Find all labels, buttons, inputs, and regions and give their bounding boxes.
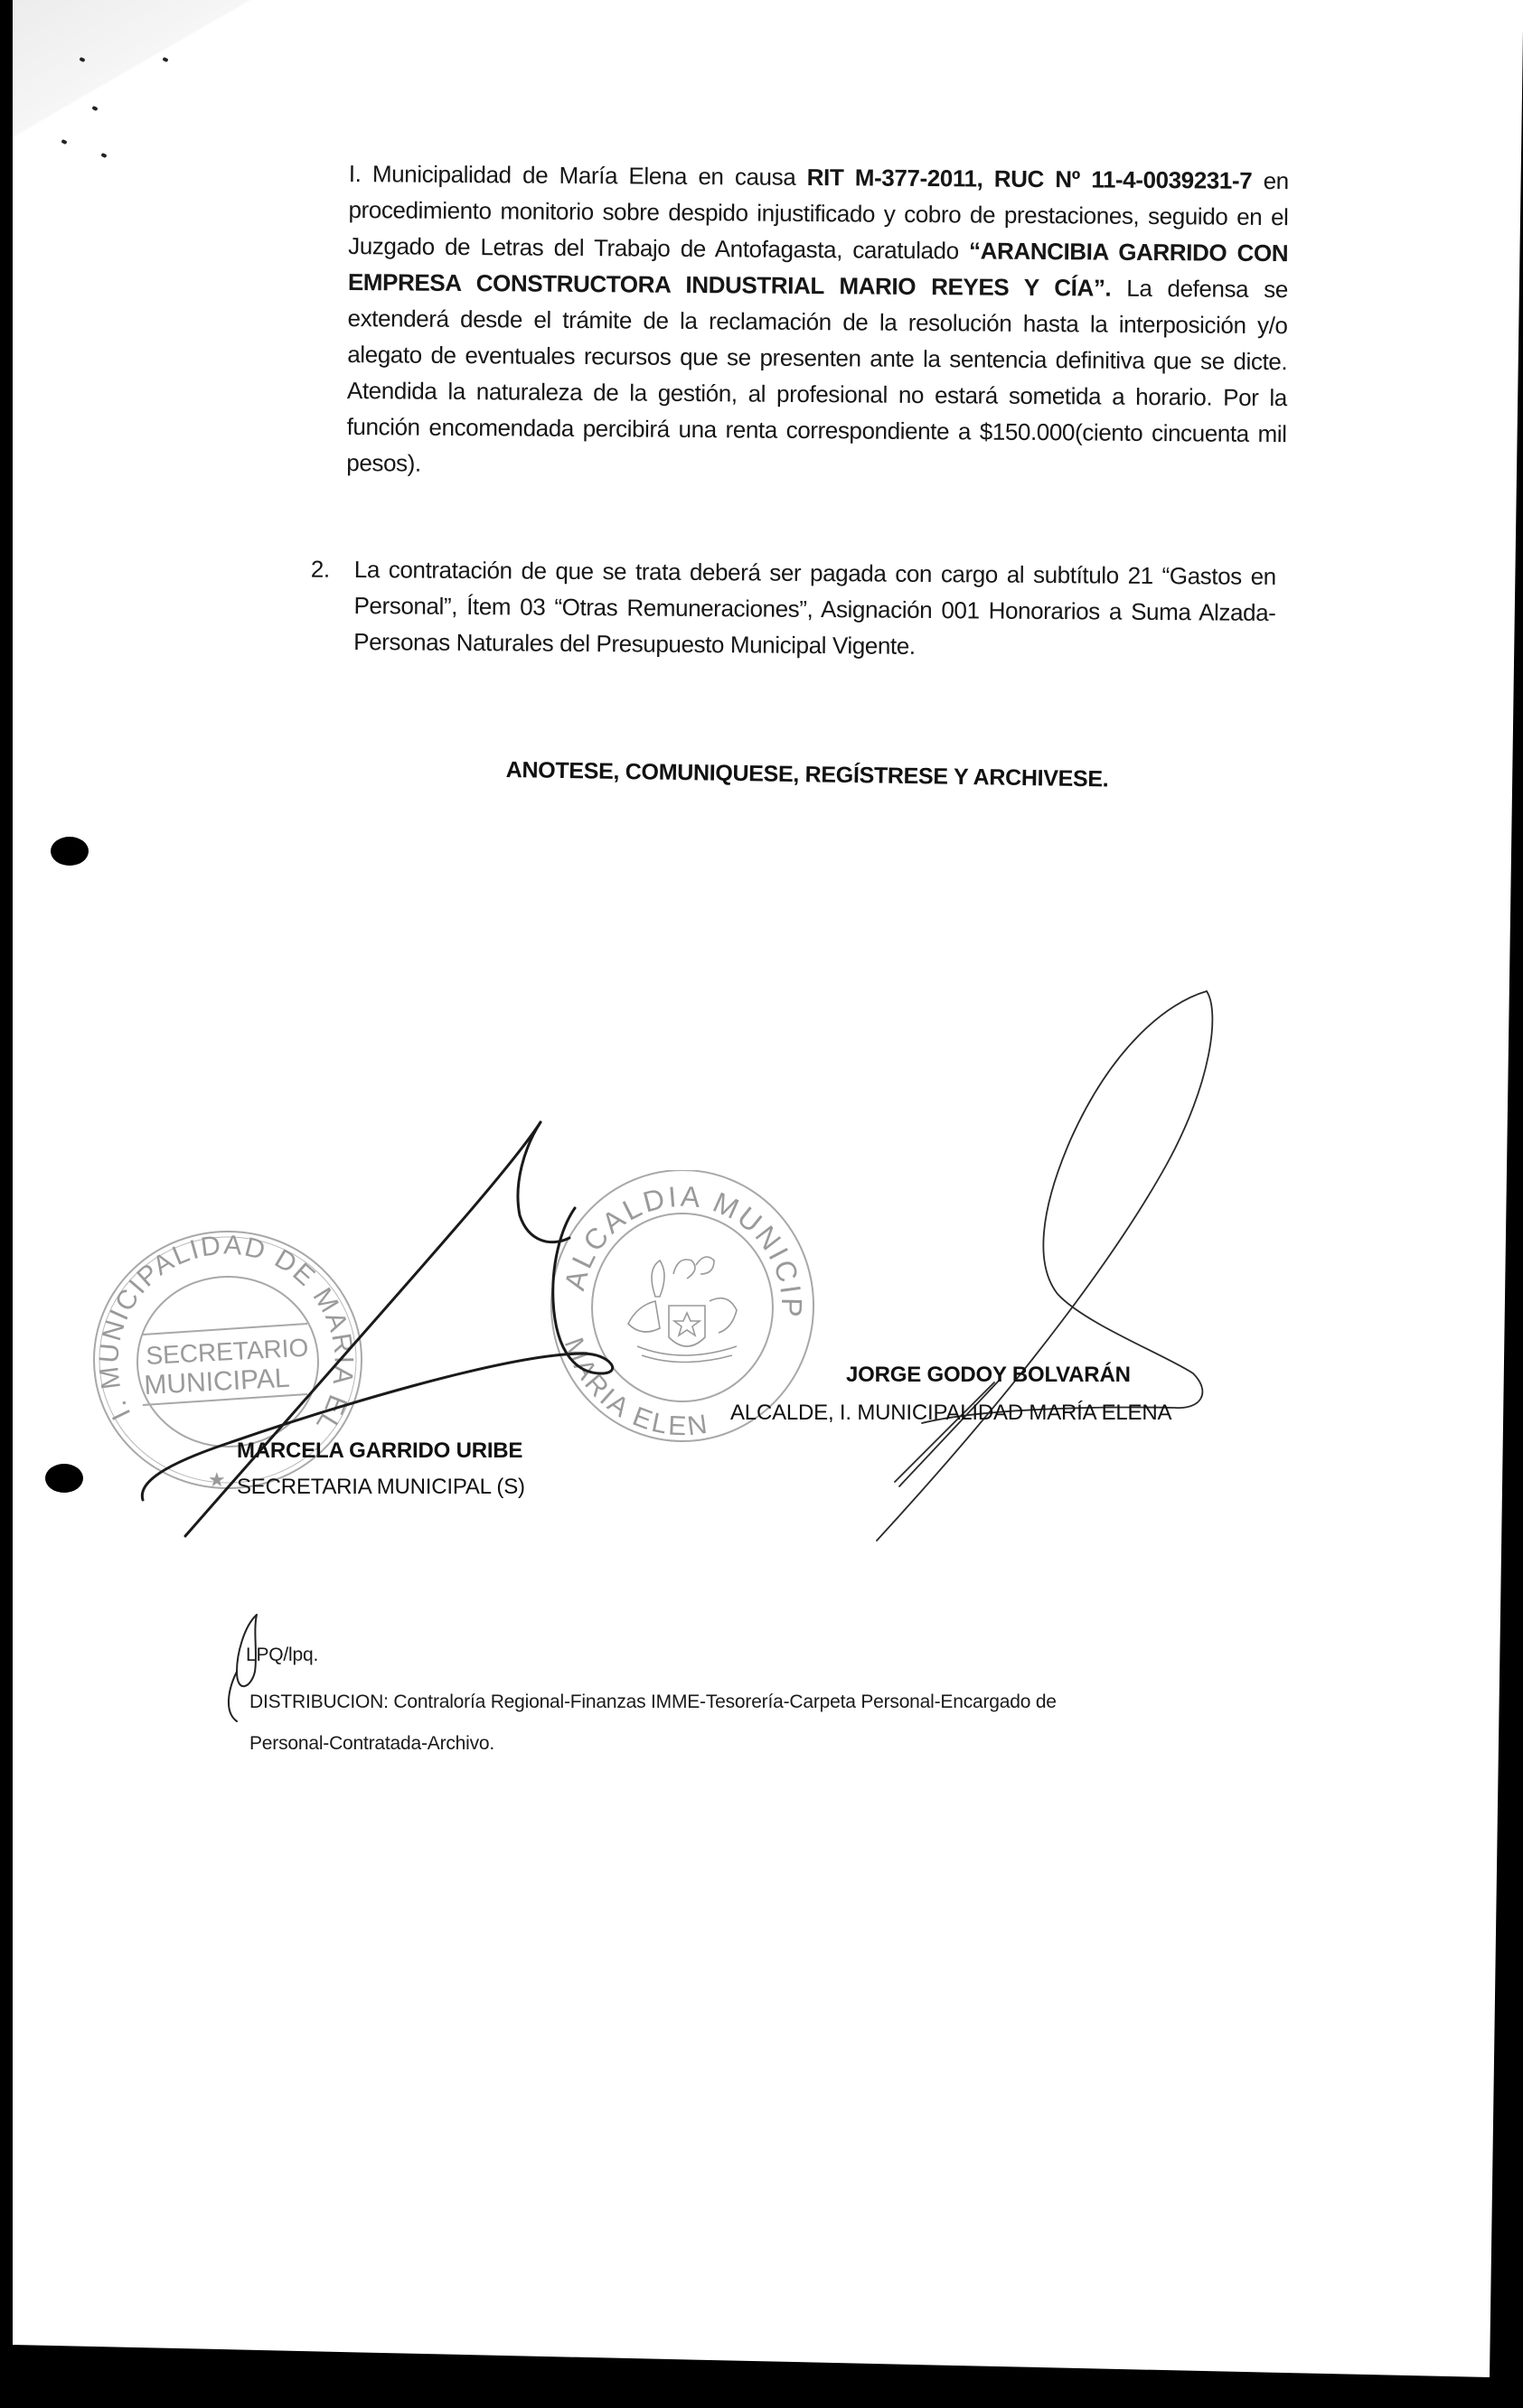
distribution-label: DISTRIBUCION: [249,1691,389,1712]
secretary-role: SECRETARIA MUNICIPAL (S) [237,1475,525,1500]
mayor-name: JORGE GODOY BOLVARÁN [846,1363,1131,1388]
closing-formula: ANOTESE, COMUNIQUESE, REGÍSTRESE Y ARCHI… [506,757,1109,792]
mayor-signature-icon [877,991,1212,1541]
mayor-role: ALCALDE, I. MUNICIPALIDAD MARÍA ELENA [730,1401,1171,1426]
scan-speck [100,153,107,158]
distribution-recipients: Contraloría Regional-Finanzas IMME-Tesor… [389,1691,1057,1712]
distribution-line-2: Personal-Contratada-Archivo. [249,1733,494,1755]
para1-prefix: I. Municipalidad de María Elena en causa [349,160,807,191]
para1-suffix: La defensa se extenderá desde el trámite… [346,275,1288,477]
mayor-seal-top-text: ALCALDIA MUNICIPAL [547,1170,818,1324]
body-item-2: 2. La contratación de que se trata deber… [353,551,1276,667]
scan-speck [91,106,98,111]
scan-speck [162,57,168,62]
distribution-line-1: DISTRIBUCION: Contraloría Regional-Finan… [249,1691,1057,1713]
scanned-page: I. Municipalidad de María Elena en causa… [0,0,1523,2408]
punch-hole-upper [51,837,89,866]
case-reference: RIT M-377-2011, RUC Nº 11-4-0039231-7 [807,164,1253,194]
secretary-seal-line2: MUNICIPAL [144,1363,291,1401]
punch-hole-lower [45,1464,83,1493]
scan-speck [79,57,85,62]
chile-coat-of-arms-icon [628,1257,737,1363]
scan-speck [61,139,67,145]
secretary-name: MARCELA GARRIDO URIBE [237,1438,522,1464]
body-paragraph-1: I. Municipalidad de María Elena en causa… [346,155,1289,488]
secretary-seal-ring-text: I. MUNICIPALIDAD DE MARIA ELENA [90,1224,359,1438]
drafter-initials: LPQ/lpq. [246,1644,318,1666]
item-2-text: La contratación de que se trata deberá s… [353,551,1276,667]
item-number: 2. [311,551,330,587]
svg-text:★: ★ [208,1468,226,1491]
